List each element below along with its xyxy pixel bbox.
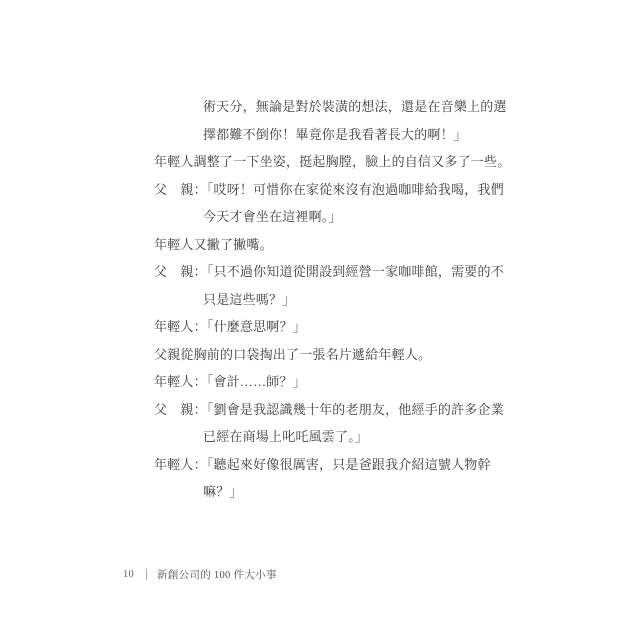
text-line: 年輕人：「什麼意思啊？」	[154, 313, 504, 341]
text-line: 年輕人又撇了撇嘴。	[154, 231, 504, 259]
text-line: 父 親：「劉會是我認識幾十年的老朋友，他經手的許多企業	[154, 396, 504, 424]
text-line: 年輕人：「會計……師？」	[154, 368, 504, 396]
book-title: 新創公司的 100 件大小事	[157, 567, 277, 582]
text-line: 父親從胸前的口袋掏出了一張名片遞給年輕人。	[154, 341, 504, 369]
page-number: 10	[123, 569, 137, 580]
text-line: 父 親：「只不過你知道從開設到經營一家咖啡館，需要的不	[154, 258, 504, 286]
text-block: 術天分，無論是對於裝潢的想法，還是在音樂上的選 擇都難不倒你！畢竟你是我看著長大…	[154, 93, 504, 506]
page-footer: 10 新創公司的 100 件大小事	[123, 567, 277, 582]
text-line: 嘛？」	[203, 478, 504, 506]
text-line: 已經在商場上叱吒風雲了。」	[203, 423, 504, 451]
text-line: 年輕人調整了一下坐姿，挺起胸膛，臉上的自信又多了一些。	[154, 148, 504, 176]
text-line: 今天才會坐在這裡啊。」	[203, 203, 504, 231]
text-line: 年輕人：「聽起來好像很厲害，只是爸跟我介紹這號人物幹	[154, 451, 504, 479]
text-line: 擇都難不倒你！畢竟你是我看著長大的啊！」	[203, 121, 504, 149]
text-line: 術天分，無論是對於裝潢的想法，還是在音樂上的選	[203, 93, 504, 121]
text-line: 父 親：「哎呀！可惜你在家從來沒有泡過咖啡給我喝，我們	[154, 176, 504, 204]
book-page: 術天分，無論是對於裝潢的想法，還是在音樂上的選 擇都難不倒你！畢竟你是我看著長大…	[0, 0, 640, 640]
footer-divider	[146, 569, 147, 580]
text-line: 只是這些嗎？」	[203, 286, 504, 314]
